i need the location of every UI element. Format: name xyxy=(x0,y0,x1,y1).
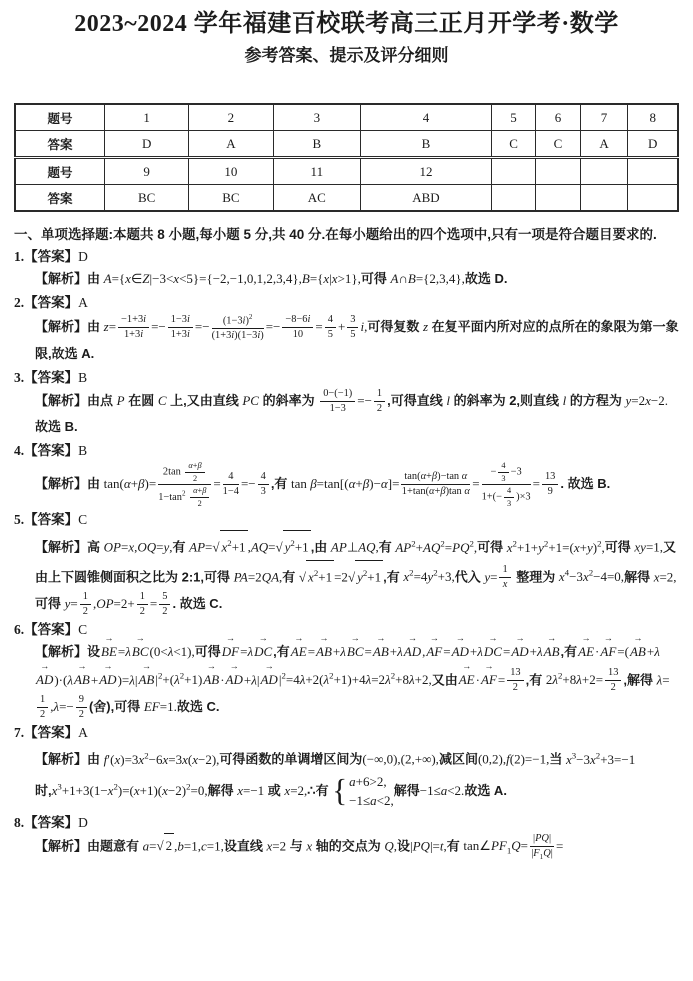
fraction: (1−3i)2(1+3i)(1−3i) xyxy=(212,313,264,342)
vector-arrow-icon: → xyxy=(484,634,502,643)
math-run: x=2, xyxy=(654,569,677,584)
math-run: − xyxy=(491,467,497,478)
answer-item: 1.【答案】D【解析】由 A={x∈Z|−3<x<5}={−2,−1,0,1,2… xyxy=(14,247,679,291)
solution: 【解析】由 z=−1+3i1+3i=−1−3i1+3i=−(1−3i)2(1+3… xyxy=(35,313,679,366)
solution: 【解析】高 OP=x,OQ=y,有 AP=√x2+1,AQ=√y2+1,由 AP… xyxy=(35,530,679,618)
vector-arrow-icon: → xyxy=(511,634,528,643)
answer-item: 7.【答案】A【解析】由 f′(x)=3x2−6x=3x(x−2),可得函数的单… xyxy=(14,723,679,810)
text-run: 有 xyxy=(173,540,190,555)
text-run: 高 xyxy=(87,540,104,555)
radical-icon: √ xyxy=(156,838,163,853)
item-number: 5. xyxy=(14,512,24,527)
vector: →AD xyxy=(36,668,53,692)
math-run: = xyxy=(533,476,540,491)
table-row: 题号9101112 xyxy=(15,158,678,185)
answer-line: 4.【答案】B xyxy=(14,441,679,461)
vector: →AB xyxy=(74,668,90,692)
table-row: 答案BCBCACABD xyxy=(15,185,678,212)
vector-arrow-icon: → xyxy=(404,634,421,643)
fraction: 52 xyxy=(159,591,170,618)
text-run: 解得 xyxy=(624,569,654,584)
math-run: −3 xyxy=(511,467,522,478)
vector: →AF xyxy=(481,668,497,692)
fraction: −43−31+(−43)×3 xyxy=(482,461,531,508)
math-run: + xyxy=(338,319,345,334)
answer-cell: BC xyxy=(189,185,273,212)
fraction: −8−6i10 xyxy=(282,314,313,341)
vector-arrow-icon: → xyxy=(600,634,616,643)
math-run: A∩B={2,3,4}, xyxy=(391,271,465,286)
text-run: ,有 xyxy=(383,569,403,584)
solution: 【解析】设→BE=λ→BC(0<λ<1),可得→DF=λ→DC,有→AE=→AB… xyxy=(35,640,679,721)
math-run: ,λ=− xyxy=(50,699,74,714)
vector-arrow-icon: → xyxy=(203,662,219,671)
answer-item: 8.【答案】D【解析】由题意有 a=√2,b=1,c=1,设直线 x=2 与 x… xyxy=(14,813,679,863)
math-run: )=λ| xyxy=(118,672,138,687)
text-run: 可得复数 xyxy=(367,319,423,334)
answer-item: 6.【答案】C【解析】设→BE=λ→BC(0<λ<1),可得→DF=λ→DC,有… xyxy=(14,620,679,721)
answer-letter: B xyxy=(78,443,87,458)
fraction: 43 xyxy=(258,471,269,498)
vector: →AE xyxy=(578,640,594,664)
text-run: ∴有 xyxy=(307,783,332,798)
text-run: 由 xyxy=(87,752,104,767)
answer-label: 【答案】 xyxy=(24,512,78,527)
fraction: 12 xyxy=(37,694,48,721)
vector: →AE xyxy=(291,640,307,664)
math-run: ,AQ= xyxy=(248,540,276,555)
analysis-label: 【解析】 xyxy=(35,319,87,334)
text-run: 设 xyxy=(87,644,100,659)
item-number: 4. xyxy=(14,443,24,458)
math-run: =− xyxy=(195,319,210,334)
fraction: 1−3i1+3i xyxy=(168,314,193,341)
vector: →AB xyxy=(203,668,219,692)
text-run: 或 xyxy=(264,783,284,798)
vector-arrow-icon: → xyxy=(74,662,90,671)
answer-label: 【答案】 xyxy=(24,249,78,264)
vector: →AB xyxy=(138,668,154,692)
answer-letter: D xyxy=(78,815,88,830)
text-run: ,有 xyxy=(561,644,578,659)
answer-cell: 3 xyxy=(273,104,361,131)
math-run: PA=2QA, xyxy=(234,569,283,584)
math-run: =( xyxy=(617,644,629,659)
math-run: Q, xyxy=(384,838,397,853)
vector: →BC xyxy=(347,640,364,664)
answer-label: 【答案】 xyxy=(24,443,78,458)
math-run: =λ xyxy=(240,644,253,659)
answer-cell: 12 xyxy=(361,158,492,185)
answer-line: 2.【答案】A xyxy=(14,293,679,313)
text-run: 的方程为 xyxy=(566,393,625,408)
text-run: 上,又由直线 xyxy=(167,393,243,408)
analysis-label: 【解析】 xyxy=(35,271,87,286)
fraction: 43 xyxy=(498,461,508,483)
math-run: = xyxy=(556,838,563,853)
solution: 【解析】由 f′(x)=3x2−6x=3x(x−2),可得函数的单调增区间为(−… xyxy=(35,743,679,810)
fraction: 2tan α+β21−tan2 α+β2 xyxy=(158,461,211,508)
answer-cell xyxy=(491,185,535,212)
math-run: 1+(− xyxy=(482,492,502,503)
math-run: = xyxy=(213,476,220,491)
text-run: 轴的交点为 xyxy=(312,838,384,853)
text-run: 在圆 xyxy=(125,393,158,408)
math-run: x2+1+y2+1=(x+y)2, xyxy=(507,540,605,555)
answer-cell: 7 xyxy=(580,104,628,131)
answer-cell xyxy=(580,185,628,212)
fraction: 35 xyxy=(347,314,358,341)
vector-arrow-icon: → xyxy=(544,634,560,643)
answer-table-body: 题号12345678答案DABBCCAD题号9101112答案BCBCACABD xyxy=(15,104,678,211)
answer-item: 5.【答案】C【解析】高 OP=x,OQ=y,有 AP=√x2+1,AQ=√y2… xyxy=(14,510,679,618)
analysis-label: 【解析】 xyxy=(35,540,87,555)
case-line: a+6>2, xyxy=(349,772,394,792)
vector: →AF xyxy=(426,640,442,664)
math-run: · xyxy=(595,644,599,659)
text-run: 当 xyxy=(549,752,566,767)
answer-cell: ABD xyxy=(361,185,492,212)
answer-cell xyxy=(628,158,678,185)
page-subtitle: 参考答案、提示及评分细则 xyxy=(14,45,679,67)
math-run: x4−3x2−4=0, xyxy=(559,569,624,584)
answer-cell: A xyxy=(580,131,628,158)
fraction: 41−4 xyxy=(223,471,239,498)
math-run: 2tan xyxy=(163,467,184,478)
answer-cell: B xyxy=(361,131,492,158)
math-run: x2=4y2+3, xyxy=(403,569,454,584)
math-run: +λ xyxy=(333,644,346,659)
answer-cell xyxy=(491,158,535,185)
square-root: √x2+1 xyxy=(299,560,334,589)
fraction: 1x xyxy=(499,564,510,591)
math-run: tan β=tan[(α+β)−α]= xyxy=(291,476,399,491)
math-run: −1≤a<2, xyxy=(349,793,394,808)
math-run: +λ xyxy=(530,644,543,659)
document: 2023~2024 学年福建百校联考高三正月开学考·数学 参考答案、提示及评分细… xyxy=(0,0,693,863)
fraction: α+β2 xyxy=(185,461,204,483)
answer-label: 【答案】 xyxy=(24,815,78,830)
math-run: =− xyxy=(266,319,281,334)
math-run: )×3 xyxy=(516,492,531,503)
answer-cell xyxy=(580,158,628,185)
vector: →AD xyxy=(99,668,116,692)
answer-item: 4.【答案】B【解析】由 tan(α+β)=2tan α+β21−tan2 α+… xyxy=(14,441,679,508)
answer-cell: C xyxy=(491,131,535,158)
math-run: y= xyxy=(65,596,78,611)
text-run: 解得 xyxy=(394,783,420,798)
math-run: , xyxy=(422,644,425,659)
square-root: √2 xyxy=(156,833,174,858)
vector-arrow-icon: → xyxy=(138,662,154,671)
math-run: −1≤a<2. xyxy=(420,783,465,798)
fraction: 92 xyxy=(76,694,87,721)
math-run: (0<λ<1), xyxy=(150,644,195,659)
math-run: = xyxy=(503,644,510,659)
fraction: 45 xyxy=(325,314,336,341)
text-run: 由 xyxy=(87,271,104,286)
vector: →AB xyxy=(630,640,646,664)
math-run: +λ xyxy=(470,644,483,659)
math-run: )·(λ xyxy=(54,672,73,687)
math-run: ,b=1,c=1, xyxy=(174,838,224,853)
text-run: 由题意有 xyxy=(87,838,143,853)
row-label-cell: 答案 xyxy=(15,131,105,158)
math-run: =− xyxy=(357,393,372,408)
item-number: 2. xyxy=(14,295,24,310)
table-row: 题号12345678 xyxy=(15,104,678,131)
answer-cell: 5 xyxy=(491,104,535,131)
math-run: x=2 xyxy=(266,838,286,853)
answer-cell xyxy=(536,158,580,185)
square-root: √y2+1 xyxy=(348,560,383,589)
answer-label: 【答案】 xyxy=(24,622,78,637)
analysis-label: 【解析】 xyxy=(35,838,87,853)
fraction: tan(α+β)−tan α1+tan(α+β)tan α xyxy=(401,471,470,498)
page-title: 2023~2024 学年福建百校联考高三正月开学考·数学 xyxy=(14,10,679,38)
text-run: 减区间 xyxy=(439,752,478,767)
answer-cell: 11 xyxy=(273,158,361,185)
math-run: |2=4λ+2(λ2+1)+4λ=2λ2+8λ+2, xyxy=(279,672,432,687)
answer-cell: 10 xyxy=(189,158,273,185)
text-run: 设直线 xyxy=(224,838,267,853)
vector: →AD xyxy=(226,668,243,692)
math-run: x=2, xyxy=(284,783,307,798)
row-label-cell: 题号 xyxy=(15,158,105,185)
answer-cell: 1 xyxy=(105,104,189,131)
answer-letter: D xyxy=(78,249,88,264)
text-run: 可得 xyxy=(195,644,221,659)
math-run: y=2x−2. xyxy=(626,393,669,408)
vector-arrow-icon: → xyxy=(101,634,117,643)
item-number: 1. xyxy=(14,249,24,264)
vector: →AF xyxy=(600,640,616,664)
vector-arrow-icon: → xyxy=(99,662,116,671)
text-run: 故选 A. xyxy=(464,783,507,798)
row-label-cell: 题号 xyxy=(15,104,105,131)
item-number: 6. xyxy=(14,622,24,637)
answer-cell: AC xyxy=(273,185,361,212)
answer-cell: 9 xyxy=(105,158,189,185)
answer-cell: A xyxy=(189,131,273,158)
math-run: = xyxy=(315,319,322,334)
item-number: 8. xyxy=(14,815,24,830)
math-run: +λ| xyxy=(244,672,260,687)
math-run: = xyxy=(365,644,372,659)
text-run: 可得 xyxy=(361,271,391,286)
math-run: · xyxy=(220,672,224,687)
math-run: z= xyxy=(104,319,116,334)
answer-line: 1.【答案】D xyxy=(14,247,679,267)
fraction: 139 xyxy=(542,471,558,498)
text-run: 可得函数的单调增区间为 xyxy=(219,752,362,767)
answer-label: 【答案】 xyxy=(24,295,78,310)
text-run: 的斜率为 xyxy=(259,393,318,408)
math-run: y= xyxy=(484,569,497,584)
math-run: xy=1, xyxy=(634,540,663,555)
math-run: (−∞,0),(2,+∞), xyxy=(362,752,439,767)
math-run: f′(x)=3x2−6x=3x(x−2), xyxy=(104,752,220,767)
radical-icon: √ xyxy=(212,540,219,555)
fraction: |PQ||F1Q| xyxy=(530,833,554,861)
answer-cell: 6 xyxy=(536,104,580,131)
math-run: |PQ|=t, xyxy=(410,838,447,853)
analysis-label: 【解析】 xyxy=(35,644,87,659)
table-row: 答案DABBCCAD xyxy=(15,131,678,158)
math-run: (0,2),f(2)=−1, xyxy=(478,752,549,767)
vector-arrow-icon: → xyxy=(426,634,442,643)
vector-arrow-icon: → xyxy=(347,634,364,643)
vector-arrow-icon: → xyxy=(222,634,239,643)
solution: 【解析】由 A={x∈Z|−3<x<5}={−2,−1,0,1,2,3,4},B… xyxy=(35,267,679,291)
vector-arrow-icon: → xyxy=(316,634,332,643)
item-number: 7. xyxy=(14,725,24,740)
answer-item: 3.【答案】B【解析】由点 P 在圆 C 上,又由直线 PC 的斜率为 0−(−… xyxy=(14,368,679,439)
answer-table: 题号12345678答案DABBCCAD题号9101112答案BCBCACABD xyxy=(14,103,679,212)
answer-letter: A xyxy=(78,725,88,740)
text-run: 故选 C. xyxy=(177,699,220,714)
brace-icon: { xyxy=(332,777,347,805)
answer-cell xyxy=(628,185,678,212)
vector-arrow-icon: → xyxy=(36,662,53,671)
math-run: +λ xyxy=(647,644,660,659)
cases-system: {a+6>2,−1≤a<2, xyxy=(332,772,394,811)
math-run: λ= xyxy=(657,672,670,687)
vector-arrow-icon: → xyxy=(373,634,389,643)
text-run: ,有 xyxy=(526,672,546,687)
case-line: −1≤a<2, xyxy=(349,791,394,811)
row-label-cell: 答案 xyxy=(15,185,105,212)
text-run: . 故选 C. xyxy=(172,596,222,611)
vector-arrow-icon: → xyxy=(578,634,594,643)
math-run: = xyxy=(308,644,315,659)
math-run: a= xyxy=(143,838,157,853)
math-run: PC xyxy=(242,393,259,408)
vector: →AB xyxy=(316,640,332,664)
fraction: 43 xyxy=(504,486,514,508)
text-run: 的斜率为 2,则直线 xyxy=(450,393,563,408)
fraction: 12 xyxy=(374,388,385,415)
math-run: x=−1 xyxy=(237,783,264,798)
math-run: a+6>2, xyxy=(349,774,386,789)
text-run: 故选 D. xyxy=(465,271,508,286)
square-root: √y2+1 xyxy=(276,530,311,559)
math-run: C xyxy=(158,393,167,408)
vector-arrow-icon: → xyxy=(132,634,149,643)
text-run: 有 xyxy=(447,838,464,853)
text-run: 由 xyxy=(87,476,104,491)
answer-line: 3.【答案】B xyxy=(14,368,679,388)
section-heading: 一、单项选择题:本题共 8 小题,每小题 5 分,共 40 分.在每小题给出的四… xyxy=(14,224,679,245)
math-run: = xyxy=(443,644,450,659)
solution: 【解析】由题意有 a=√2,b=1,c=1,设直线 x=2 与 x 轴的交点为 … xyxy=(35,833,679,863)
answer-cell: 2 xyxy=(189,104,273,131)
fraction: 132 xyxy=(507,667,523,694)
math-run: ,OP=2+ xyxy=(93,596,135,611)
math-run: AP= xyxy=(189,540,212,555)
answer-label: 【答案】 xyxy=(24,725,78,740)
fraction: 132 xyxy=(605,667,621,694)
math-run: 1−tan2 xyxy=(158,492,188,503)
text-run: 时, xyxy=(35,783,52,798)
answer-cell: D xyxy=(628,131,678,158)
math-run: · xyxy=(476,672,480,687)
text-run: 整理为 xyxy=(513,569,559,584)
math-run: tan∠PF1Q= xyxy=(463,838,528,853)
answer-cell: C xyxy=(536,131,580,158)
text-run: 解得 xyxy=(208,783,238,798)
text-run: 由 xyxy=(87,319,104,334)
text-run: 可得 xyxy=(35,596,65,611)
answer-letter: C xyxy=(78,622,87,637)
math-run: EF=1. xyxy=(144,699,177,714)
text-run: ,可得直线 xyxy=(387,393,446,408)
text-run: 又由 xyxy=(432,672,458,687)
math-run: AP2+AQ2=PQ2, xyxy=(395,540,477,555)
analysis-label: 【解析】 xyxy=(35,752,87,767)
vector: →AD xyxy=(404,640,421,664)
vector: →AB xyxy=(544,640,560,664)
answer-cell: D xyxy=(105,131,189,158)
math-run: x3+1+3(1−x2)=(x+1)(x−2)2=0, xyxy=(52,783,208,798)
vector-arrow-icon: → xyxy=(452,634,469,643)
vector-arrow-icon: → xyxy=(459,662,475,671)
answer-cell: BC xyxy=(105,185,189,212)
answer-label: 【答案】 xyxy=(24,370,78,385)
math-run: =λ xyxy=(118,644,131,659)
vector-arrow-icon: → xyxy=(630,634,646,643)
math-run: P xyxy=(117,393,125,408)
vector: →AD xyxy=(511,640,528,664)
text-run: 代入 xyxy=(455,569,485,584)
math-run: A={x∈Z|−3<x<5}={−2,−1,0,1,2,3,4},B={x|x>… xyxy=(104,271,361,286)
vector-arrow-icon: → xyxy=(481,662,497,671)
math-run: =− xyxy=(151,319,166,334)
text-run: 可得 xyxy=(477,540,507,555)
radical-icon: √ xyxy=(348,569,355,584)
radical-icon: √ xyxy=(299,569,306,584)
text-run: . 故选 B. xyxy=(560,476,610,491)
square-root: √x2+1 xyxy=(212,530,247,559)
vector: →AE xyxy=(459,668,475,692)
text-run: 有 xyxy=(379,540,396,555)
math-run: +λ xyxy=(390,644,403,659)
analysis-label: 【解析】 xyxy=(35,393,87,408)
math-run: |2+(λ2+1) xyxy=(155,672,202,687)
text-run: 由点 xyxy=(87,393,117,408)
fraction: −1+3i1+3i xyxy=(118,314,149,341)
vector-arrow-icon: → xyxy=(226,662,243,671)
fraction: 12 xyxy=(80,591,91,618)
text-run: 与 xyxy=(286,838,306,853)
math-run: =2 xyxy=(334,569,348,584)
answer-line: 7.【答案】A xyxy=(14,723,679,743)
answer-cell: 8 xyxy=(628,104,678,131)
vector-arrow-icon: → xyxy=(254,634,272,643)
radical-icon: √ xyxy=(276,540,283,555)
fraction: 0−(−1)1−3 xyxy=(320,388,355,415)
math-run: + xyxy=(91,672,98,687)
items: 1.【答案】D【解析】由 A={x∈Z|−3<x<5}={−2,−1,0,1,2… xyxy=(14,247,679,863)
item-number: 3. xyxy=(14,370,24,385)
solution: 【解析】由 tan(α+β)=2tan α+β21−tan2 α+β2=41−4… xyxy=(35,461,679,508)
math-run: OP=x,OQ=y, xyxy=(104,540,173,555)
answer-item: 2.【答案】A【解析】由 z=−1+3i1+3i=−1−3i1+3i=−(1−3… xyxy=(14,293,679,366)
answer-letter: C xyxy=(78,512,87,527)
fraction: 12 xyxy=(137,591,148,618)
math-run: = xyxy=(150,596,157,611)
fraction: α+β2 xyxy=(190,486,209,508)
